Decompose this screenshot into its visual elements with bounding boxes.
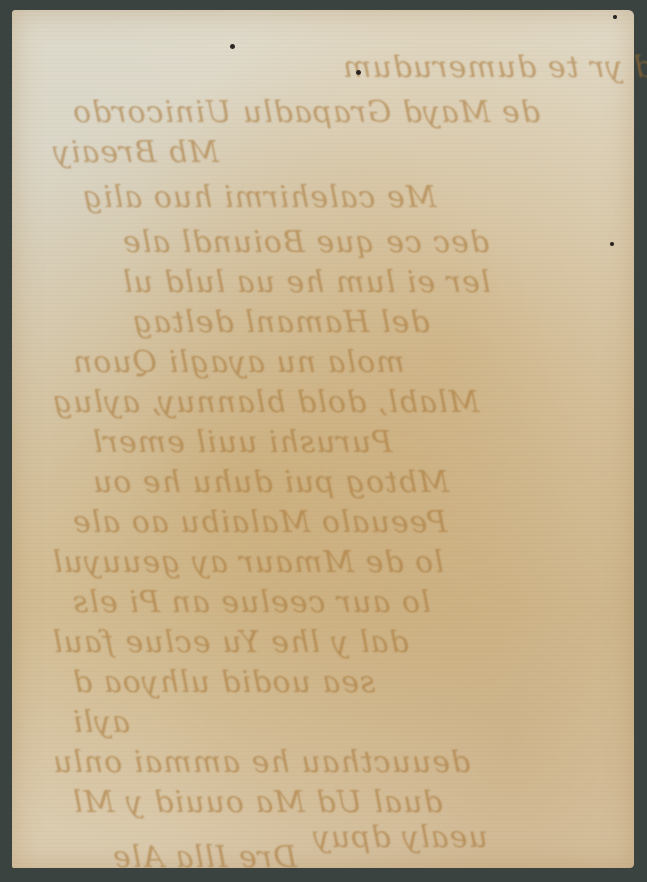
bleed-through-line: uealy dpuy	[312, 820, 488, 855]
ink-speck	[613, 15, 617, 19]
ink-speck	[230, 44, 235, 49]
bleed-through-line: ayli	[72, 705, 130, 740]
bleed-through-line: dal y lhe Yu eclue faul	[52, 625, 409, 660]
bleed-through-line: mola nu ayagli Quon	[72, 345, 405, 380]
bleed-through-line: Peeualo Malaibu ao ale	[72, 505, 447, 540]
bleed-through-line: deuucthau he ammai onlu	[52, 745, 470, 780]
bleed-through-line: del Hamanl deltag	[132, 305, 430, 340]
bleed-through-line: sea uodid ulhyoa d	[72, 665, 375, 700]
bleed-through-line: lo aur ceelue an Pi els	[72, 585, 431, 620]
bleed-through-line: Me calehirmi huo alig	[82, 180, 436, 215]
bleed-through-line: lo de Mmaur ay geuuyul	[52, 545, 444, 580]
bleed-through-line: dec ce que Boiundl ale	[122, 225, 489, 260]
manuscript-page: Mad yr te dumerudumde Mayd Grapadlu Uini…	[12, 10, 634, 868]
ink-speck	[356, 70, 361, 75]
bleed-through-line: ler ei lum he ua luld ul	[122, 265, 491, 300]
ink-speck	[610, 242, 614, 246]
bleed-through-line: Mb Breaiy	[52, 135, 219, 170]
bleed-through-line: Purushi uuil emerl	[92, 425, 392, 460]
bleed-through-line: Mlabl, dold blannuy, aylug	[52, 385, 479, 420]
bleed-through-line: Dre Illa Ale	[112, 840, 297, 875]
bleed-through-line: de Mayd Grapadlu Uinicordo	[72, 95, 540, 130]
bleed-through-line: dual Ud Ma ouuid y Ml	[72, 785, 443, 820]
bleed-through-line: Mad yr te dumerudum	[342, 50, 647, 85]
bleed-through-line: Mbtog pui duhu he ou	[92, 465, 449, 500]
